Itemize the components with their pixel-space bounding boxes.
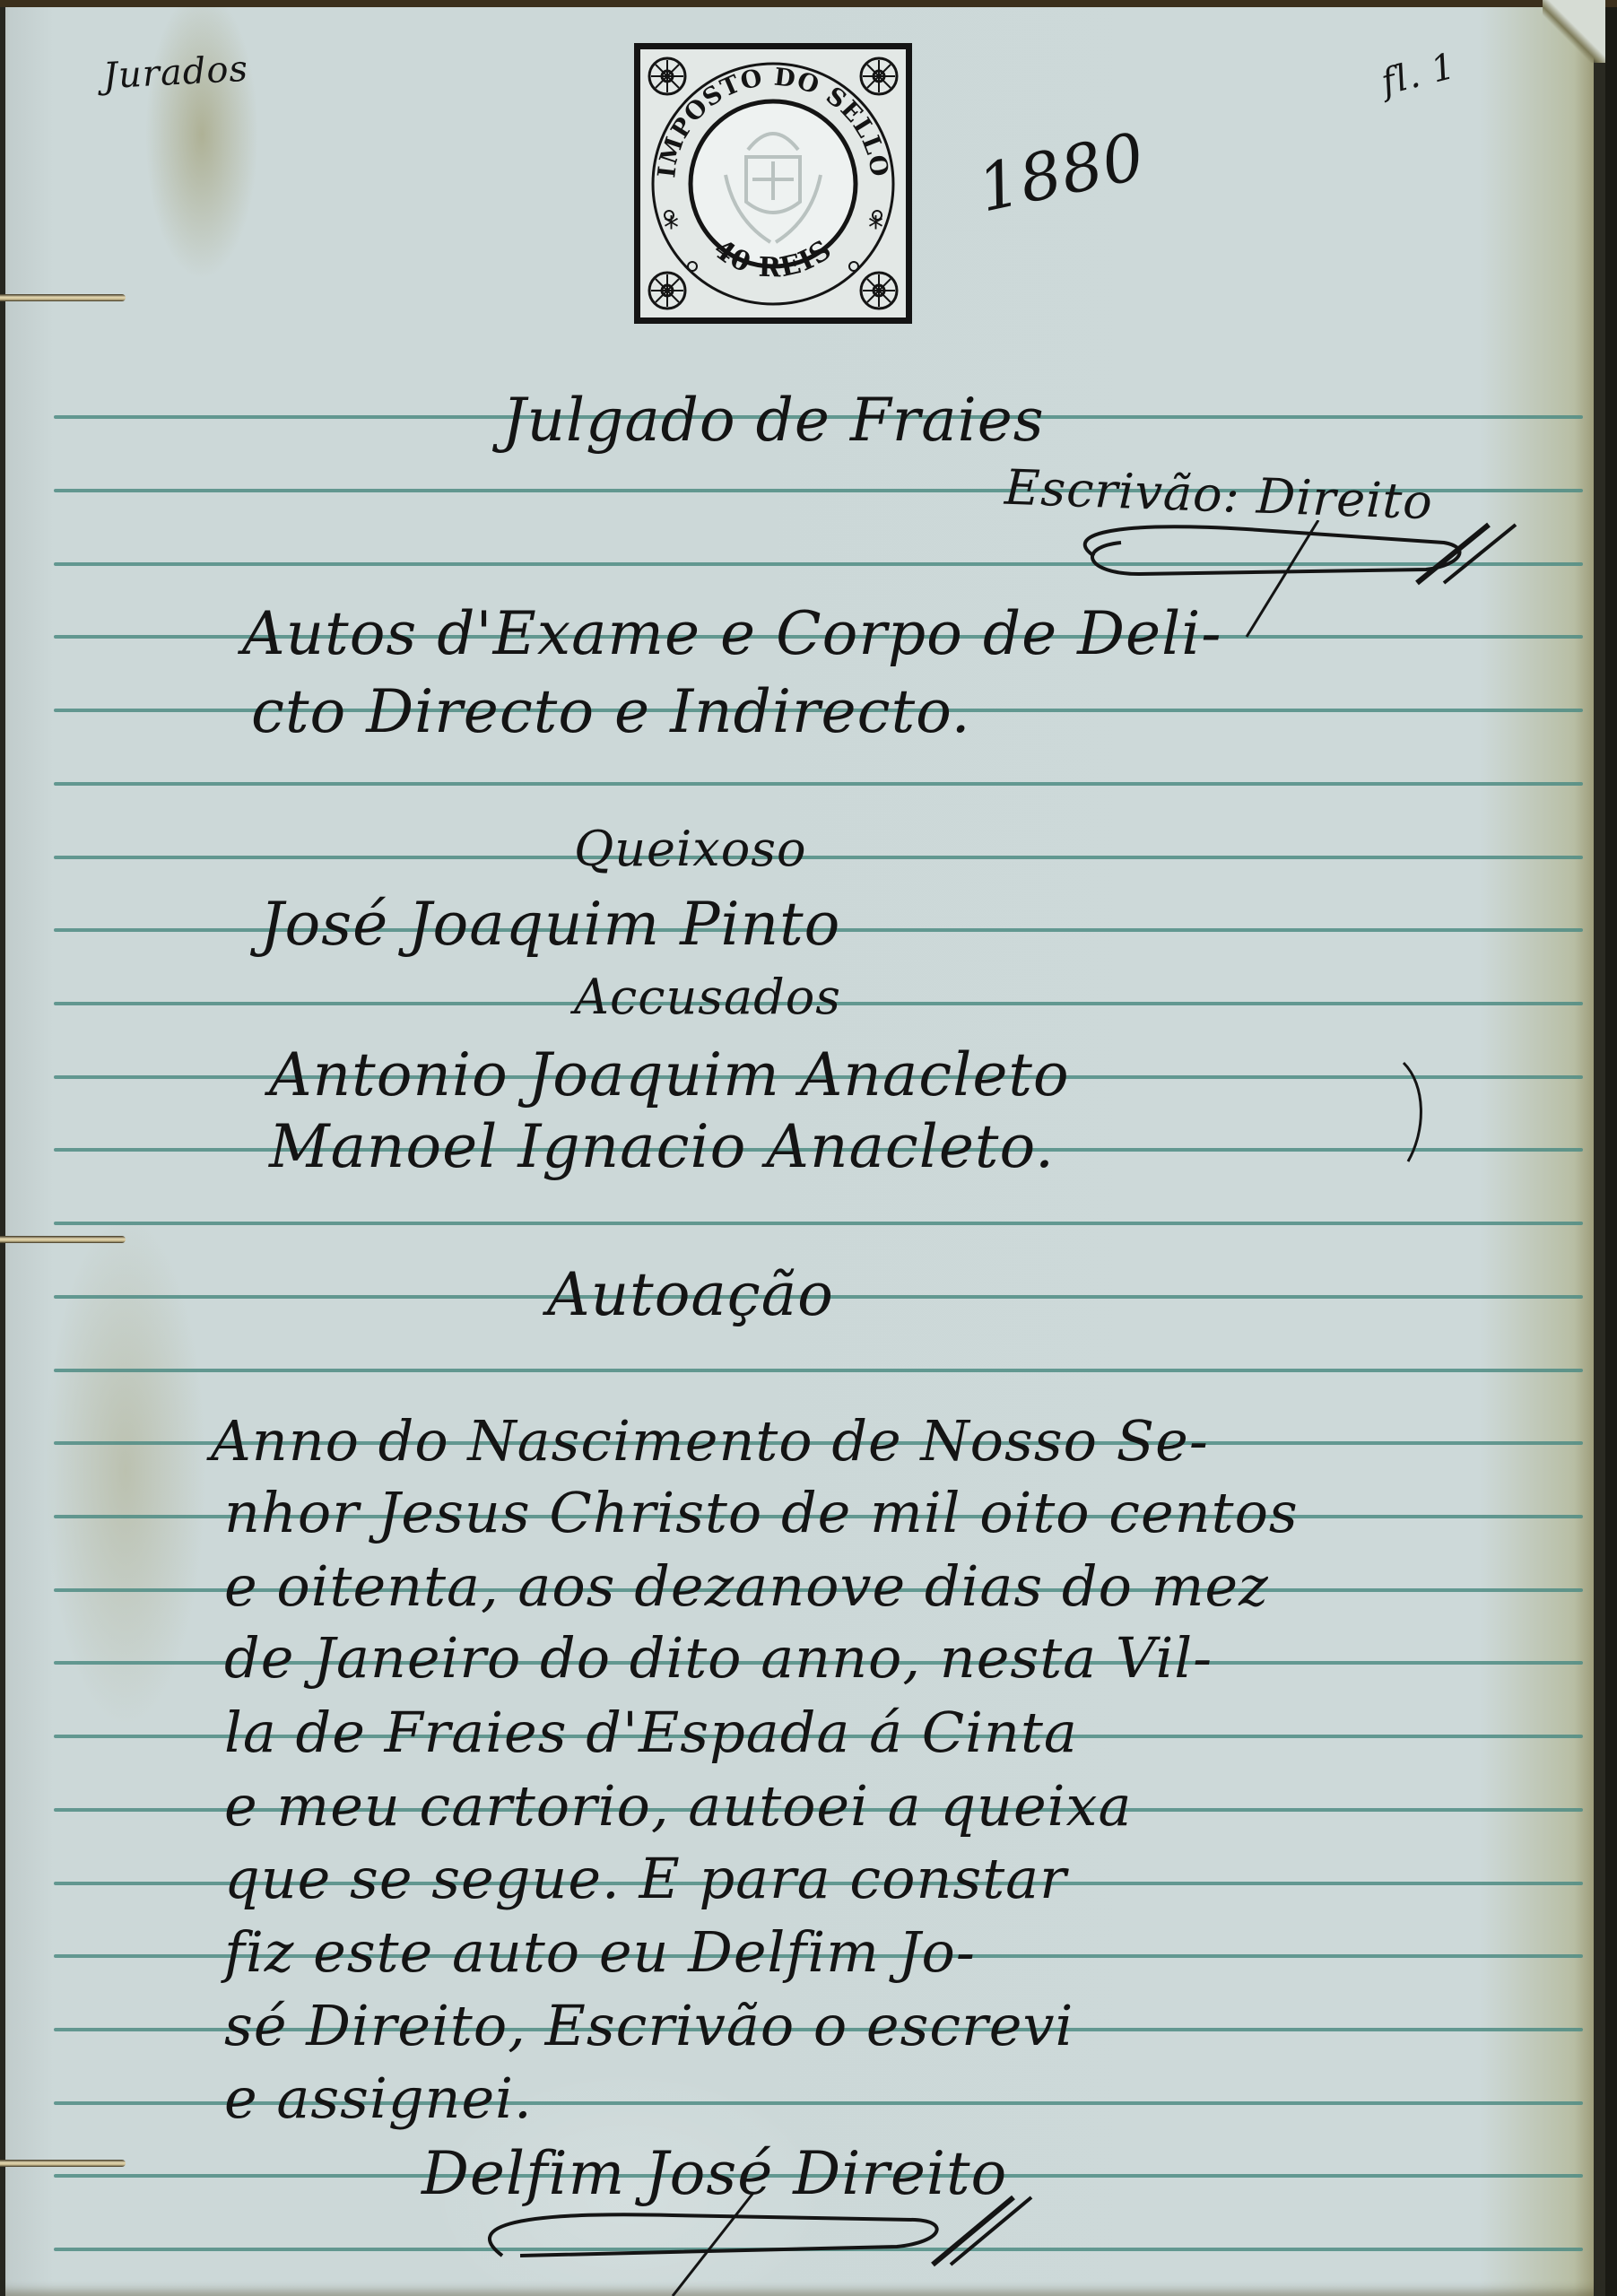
plaintiff-name: José Joaquim Pinto [260,890,840,959]
signature: Delfim José Direito [422,2139,1007,2208]
svg-text:*: * [664,210,679,246]
body-line: e meu cartorio, autoei a queixa [224,1773,1132,1839]
body-line: de Janeiro do dito anno, nesta Vil- [224,1625,1213,1691]
body-line: e oitenta, aos dezanove dias do mez [224,1553,1269,1619]
folio-number: fl. 1 [1378,46,1460,104]
case-heading-line2: cto Directo e Indirecto. [251,677,971,746]
autuacao-heading: Autoação [547,1260,834,1329]
binding-stitch [0,2160,126,2167]
defendants-label: Accusados [574,969,841,1025]
case-heading-line1: Autos d'Exame e Corpo de Deli- [242,599,1222,668]
body-line: e assignei. [224,2066,533,2131]
binding-stitch [0,1236,126,1243]
defendant-1: Antonio Joaquim Anacleto [269,1040,1070,1109]
defendant-2: Manoel Ignacio Anacleto. [269,1112,1055,1181]
binding-stitch [0,294,126,301]
stamp-artwork: * * IMPOSTO DO SELLO 40 REIS [640,49,906,317]
page-right-edge [1594,0,1605,2296]
body-line: fiz este auto eu Delfim Jo- [224,1919,976,1985]
body-line: nhor Jesus Christo de mil oito centos [224,1480,1299,1545]
binding-spine [0,0,5,2296]
corner-note: Jurados [102,48,249,97]
body-line: que se segue. E para constar [224,1846,1067,1911]
page-top-edge [0,0,1617,7]
body-line: Anno do Nascimento de Nosso Se- [211,1408,1209,1474]
ruled-line [54,856,1583,859]
year: 1880 [971,117,1152,226]
plaintiff-label: Queixoso [574,821,806,877]
ruled-line [54,1222,1583,1225]
court-title: Julgado de Fraies [502,386,1045,455]
body-line: sé Direito, Escrivão o escrevi [224,1993,1074,2058]
ruled-line [54,1369,1583,1372]
folded-corner [1543,0,1605,63]
document-page: Jurados fl. 1 1880 [0,0,1605,2296]
ruled-line [54,2248,1583,2251]
body-line: la de Fraies d'Espada á Cinta [224,1700,1078,1765]
ruled-line [54,782,1583,786]
signature-rubric-icon [448,2193,1076,2296]
ruled-line [54,562,1583,566]
tax-stamp: * * IMPOSTO DO SELLO 40 REIS [634,43,912,324]
clerk-line: Escrivão: Direito [1004,459,1434,531]
